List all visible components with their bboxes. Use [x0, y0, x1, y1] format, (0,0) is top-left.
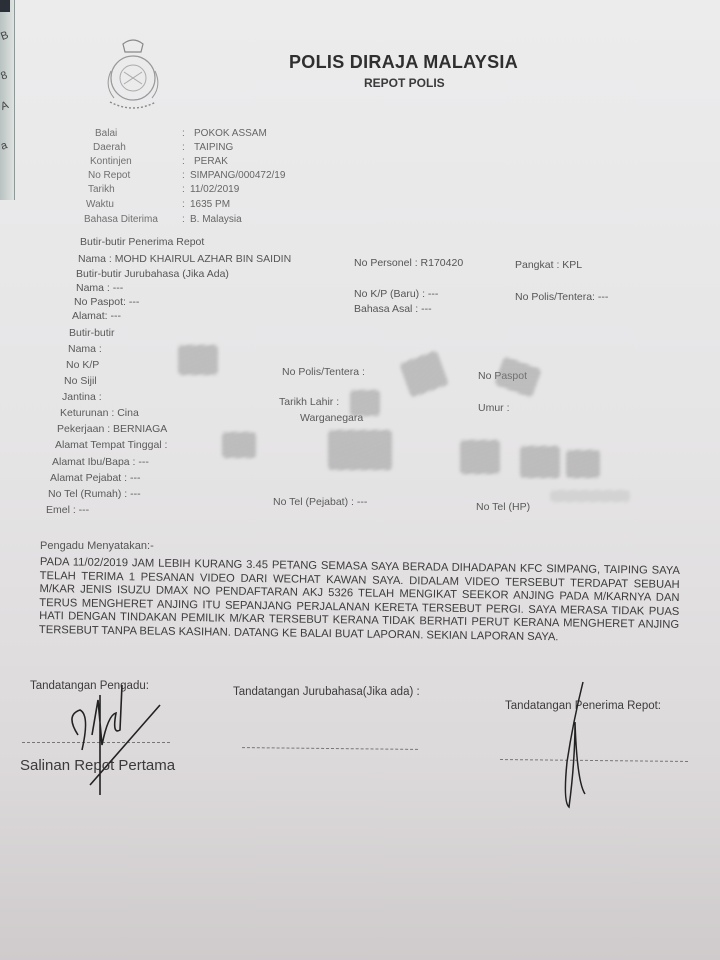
redaction-mark: [494, 356, 542, 398]
interpreter-native-language: Bahasa Asal : ---: [354, 303, 432, 315]
interpreter-address: Alamat: ---: [72, 310, 121, 322]
redaction-mark: [550, 490, 630, 502]
report-info-label: Tarikh: [88, 184, 115, 195]
report-info-value: TAIPING: [194, 142, 233, 153]
complainant-race: Keturunan : Cina: [60, 407, 139, 419]
interpreter-signature-line: [242, 747, 418, 750]
complainant-heading: Butir-butir: [69, 327, 115, 339]
complainant-cert-no: No Sijil: [64, 375, 97, 387]
report-info-label: Waktu: [86, 199, 114, 210]
complainant-home-tel: No Tel (Rumah) : ---: [48, 488, 141, 500]
redaction-mark: [520, 446, 560, 478]
receiver-personnel-no: No Personel : R170420: [354, 257, 463, 269]
interpreter-police-army-no: No Polis/Tentera: ---: [515, 291, 608, 303]
complainant-age: Umur :: [478, 402, 510, 414]
receiver-name: Nama : MOHD KHAIRUL AZHAR BIN SAIDIN: [78, 253, 291, 265]
document-subtitle: REPOT POLIS: [364, 76, 445, 90]
complainant-mobile-tel: No Tel (HP): [476, 501, 530, 513]
redaction-mark: [566, 450, 600, 478]
adjacent-page-edge: B 8 A a: [0, 0, 15, 200]
redaction-mark: [328, 430, 392, 470]
report-info-value: B. Malaysia: [190, 214, 242, 225]
complainant-gender: Jantina :: [62, 391, 102, 403]
interpreter-passport: No Paspot: ---: [74, 296, 139, 308]
statement-heading: Pengadu Menyatakan:-: [40, 540, 154, 552]
complainant-name: Nama :: [68, 343, 102, 355]
complainant-parent-address: Alamat Ibu/Bapa : ---: [52, 456, 149, 468]
police-crest-icon: [96, 36, 170, 114]
report-info-label: Bahasa Diterima: [84, 214, 158, 225]
report-info-value: 11/02/2019: [190, 184, 239, 195]
report-info-colon: :: [182, 199, 185, 210]
redaction-mark: [399, 350, 449, 398]
document-title: POLIS DIRAJA MALAYSIA: [289, 52, 518, 73]
complainant-office-tel: No Tel (Pejabat) : ---: [273, 496, 367, 508]
report-info-label: No Repot: [88, 170, 130, 181]
interpreter-signature-label: Tandatangan Jurubahasa(Jika ada) :: [233, 686, 420, 698]
redaction-mark: [460, 440, 500, 474]
interpreter-heading: Butir-butir Jurubahasa (Jika Ada): [76, 268, 229, 280]
report-info-value: SIMPANG/000472/19: [190, 170, 285, 181]
complainant-dob: Tarikh Lahir :: [279, 396, 339, 408]
report-info-value: PERAK: [194, 156, 228, 167]
report-info-colon: :: [182, 184, 185, 195]
complainant-occupation: Pekerjaan : BERNIAGA: [57, 423, 167, 435]
report-info-colon: :: [182, 170, 185, 181]
redaction-mark: [350, 390, 380, 416]
report-info-colon: :: [182, 142, 185, 153]
complainant-office-address: Alamat Pejabat : ---: [50, 472, 140, 484]
report-info-value: 1635 PM: [190, 199, 230, 210]
redaction-mark: [222, 432, 256, 458]
report-info-colon: :: [182, 214, 185, 225]
report-info-label: Balai: [95, 128, 117, 139]
police-report-document: B 8 A a POLIS DIRAJA MALAYSIA REPOT POLI…: [0, 0, 720, 960]
complainant-email: Emel : ---: [46, 504, 89, 516]
redaction-mark: [178, 345, 218, 375]
complainant-ic-no: No K/P: [66, 359, 99, 371]
receiver-heading: Butir-butir Penerima Repot: [80, 236, 204, 248]
report-info-value: POKOK ASSAM: [194, 128, 267, 139]
first-copy-note: Salinan Repot Pertama: [20, 757, 175, 774]
report-info-colon: :: [182, 156, 185, 167]
statement-text: PADA 11/02/2019 JAM LEBIH KURANG 3.45 PE…: [39, 556, 680, 646]
report-info-label: Daerah: [93, 142, 126, 153]
receiver-rank: Pangkat : KPL: [515, 259, 582, 271]
complainant-home-address: Alamat Tempat Tinggal :: [55, 439, 167, 451]
report-info-label: Kontinjen: [90, 156, 132, 167]
complainant-police-army-no: No Polis/Tentera :: [282, 366, 365, 378]
interpreter-name: Nama : ---: [76, 282, 123, 294]
interpreter-ic-no: No K/P (Baru) : ---: [354, 288, 438, 300]
report-info-colon: :: [182, 128, 185, 139]
